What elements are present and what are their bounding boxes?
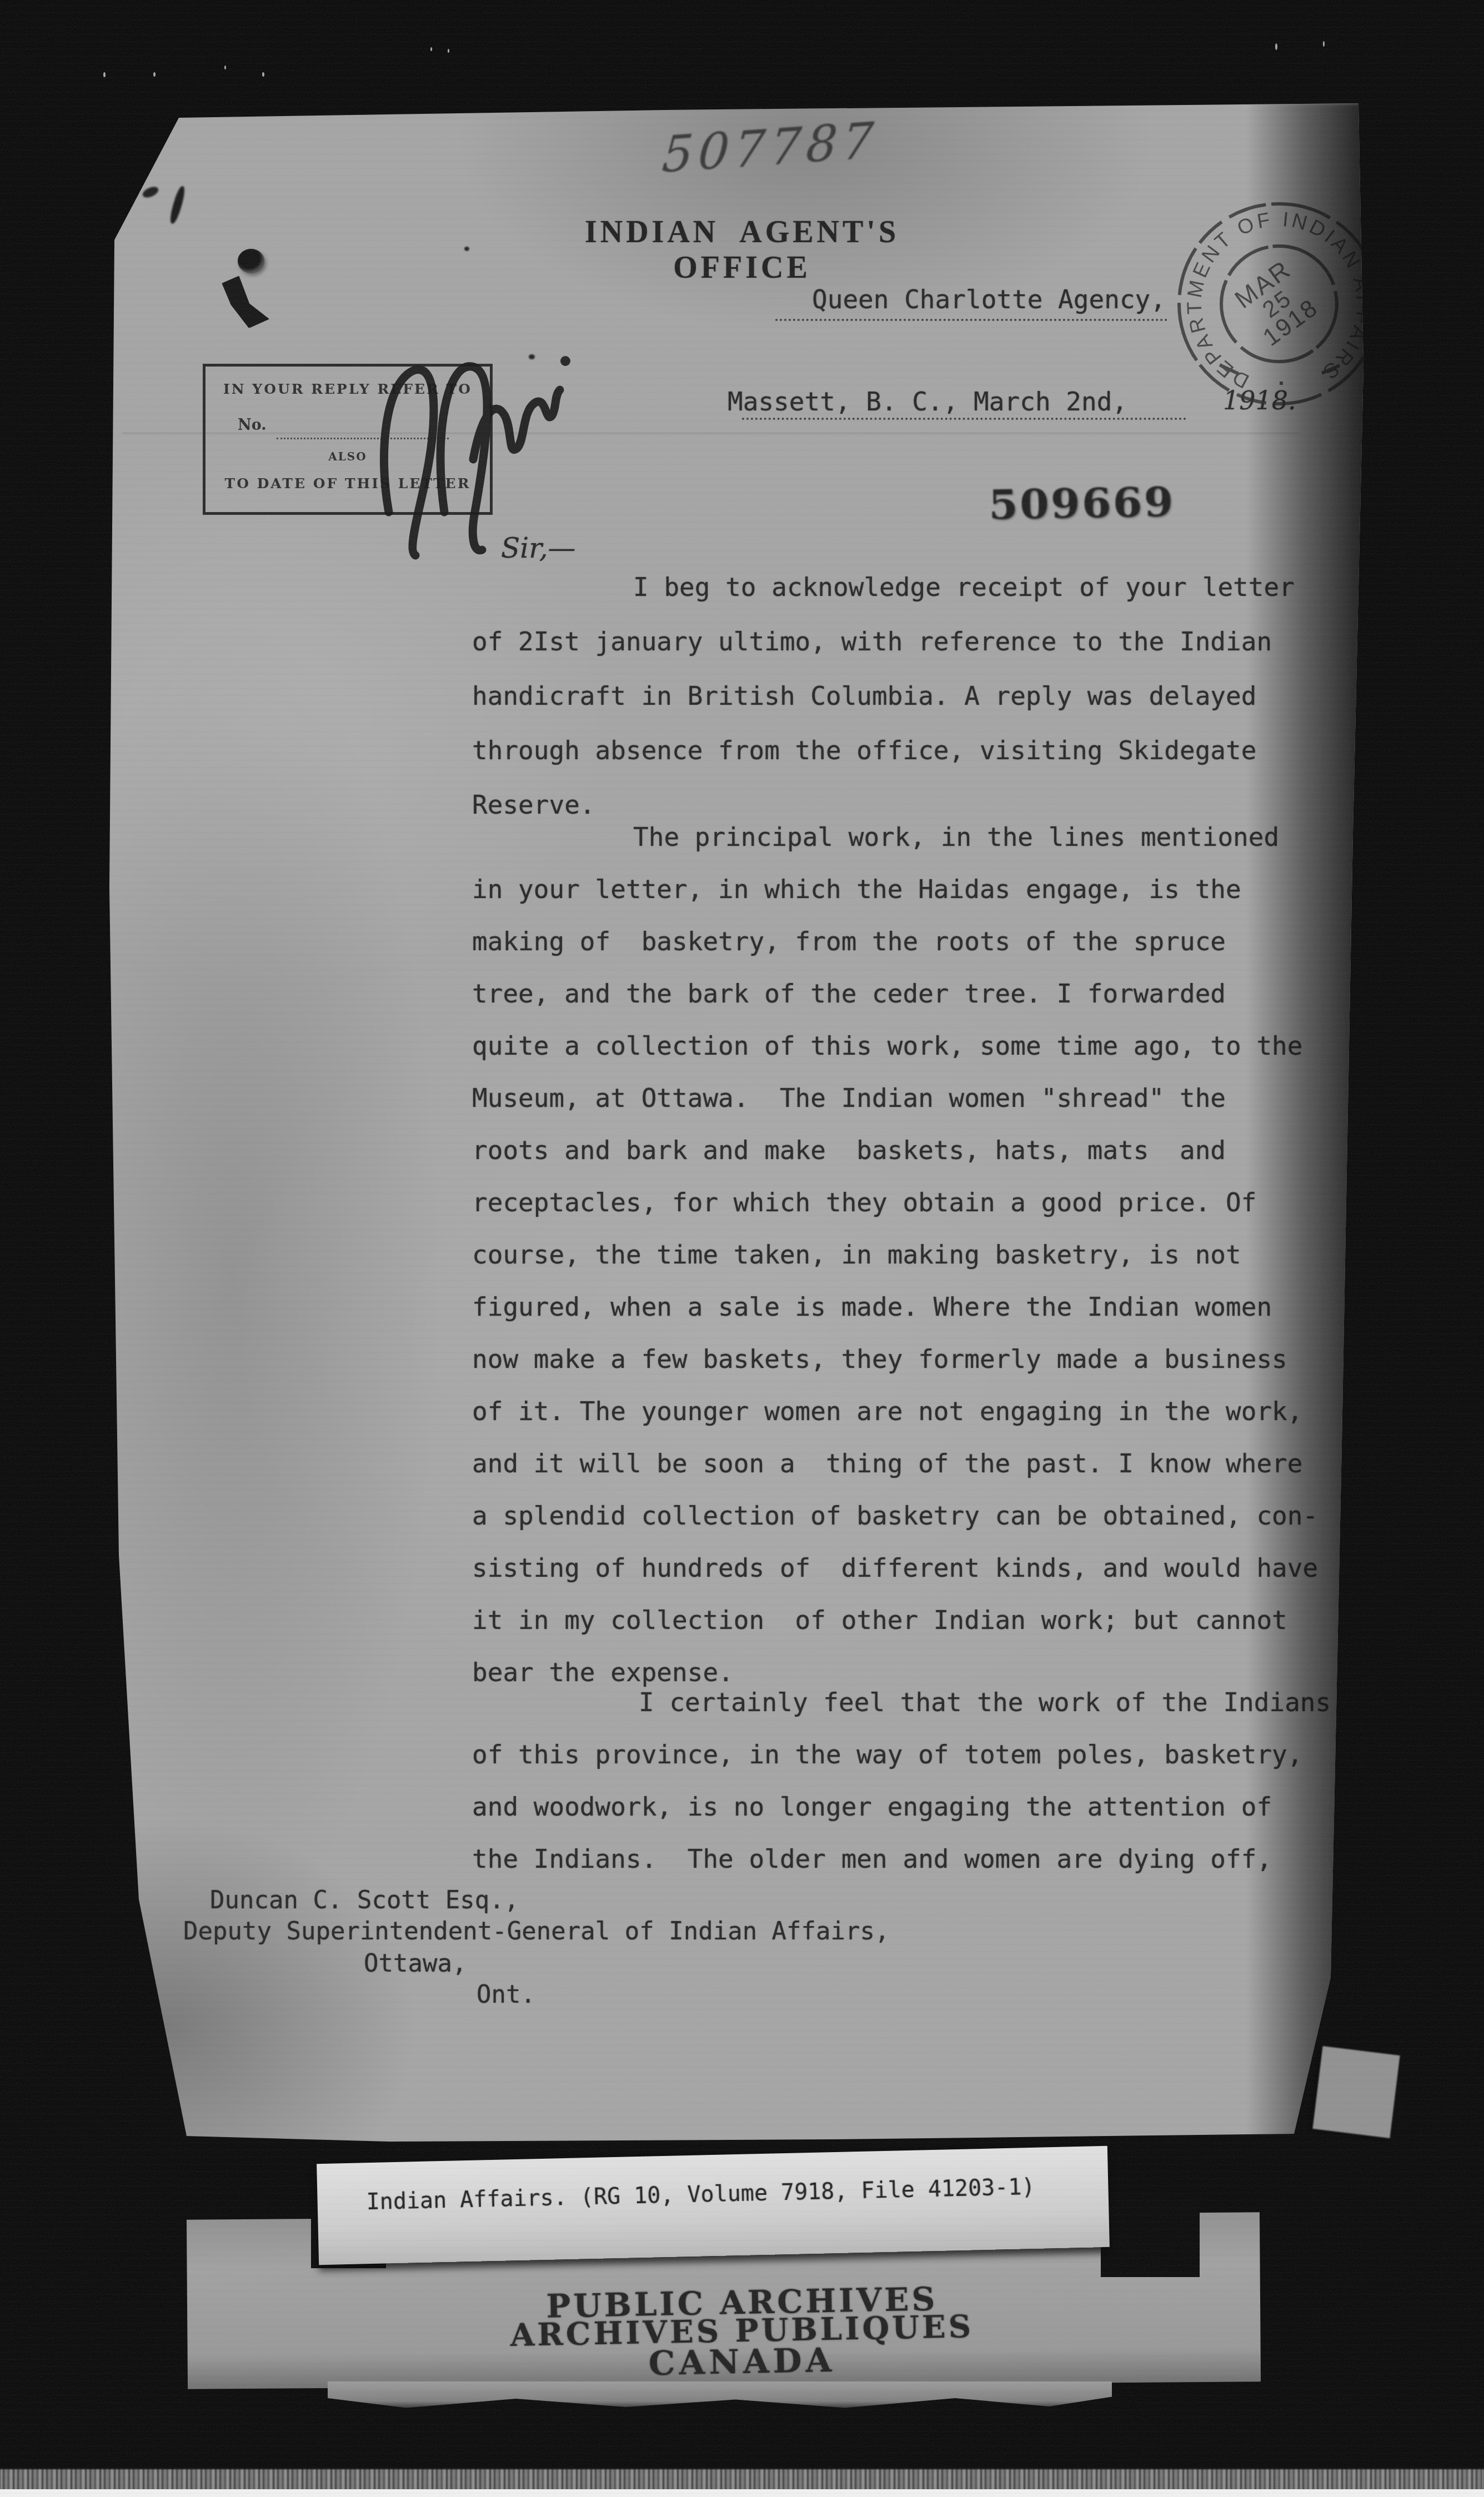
fold-crease — [77, 116, 141, 239]
date-rule — [742, 418, 1186, 420]
letter-line: in your letter, in which the Haidas enga… — [472, 874, 1241, 904]
letter-page: 507787 INDIAN AGENT'S OFFICE Queen Charl… — [0, 0, 1484, 2497]
paper-tear — [168, 185, 187, 224]
letter-line: of this province, in the way of totem po… — [472, 1739, 1303, 1769]
scribble-dot — [560, 356, 570, 366]
film-speck — [448, 49, 449, 53]
ink-speck — [464, 247, 469, 251]
letter-line: of it. The younger women are not engagin… — [472, 1396, 1303, 1426]
scanned-page: 507787 INDIAN AGENT'S OFFICE Queen Charl… — [0, 0, 1484, 2497]
addressee-line: Duncan C. Scott Esq., — [210, 1886, 519, 1914]
folded-corner — [109, 111, 182, 244]
film-speck — [430, 47, 432, 51]
letter-line: I certainly feel that the work of the In… — [639, 1687, 1331, 1717]
right-edge-crease — [1247, 103, 1372, 2141]
letter-line: handicraft in British Columbia. A reply … — [472, 681, 1256, 711]
registry-number: 509669 — [988, 478, 1175, 529]
letter-line: sisting of hundreds of different kinds, … — [472, 1553, 1318, 1583]
archives-label: Indian Affairs. (RG 10, Volume 7918, Fil… — [317, 2146, 1110, 2265]
film-edge-streaks — [0, 2469, 1484, 2491]
letter-line: and woodwork, is no longer engaging the … — [472, 1792, 1272, 1822]
agency-rule — [775, 319, 1167, 321]
addressee-line: Ottawa, — [364, 1949, 467, 1978]
letter-line: course, the time taken, in making basket… — [472, 1240, 1241, 1270]
film-speck — [153, 72, 156, 77]
reply-box-no-label: No. — [238, 417, 267, 434]
letter-line: and it will be soon a thing of the past.… — [472, 1448, 1303, 1478]
agency-line: Queen Charlotte Agency, — [812, 284, 1166, 314]
letter-line: making of basketry, from the roots of th… — [472, 926, 1226, 956]
torn-corner-fragment — [1312, 2046, 1400, 2138]
archives-label-text: Indian Affairs. (RG 10, Volume 7918, Fil… — [366, 2174, 1035, 2215]
film-speck — [1323, 41, 1325, 47]
letter-line: of 2Ist january ultimo, with reference t… — [472, 626, 1272, 656]
letter-line: through absence from the office, visitin… — [472, 735, 1256, 765]
office-title: INDIAN AGENT'S OFFICE — [514, 214, 970, 285]
letter-line: Reserve. — [472, 790, 595, 820]
letter-line: now make a few baskets, they formerly ma… — [472, 1344, 1287, 1374]
letter-line: receptacles, for which they obtain a goo… — [472, 1187, 1256, 1217]
letter-line: quite a collection of this work, some ti… — [472, 1031, 1303, 1061]
film-speck — [224, 66, 226, 69]
addressee-line: Ont. — [477, 1980, 535, 2009]
handwritten-number: 507787 — [660, 111, 880, 184]
shadow-notch-right — [1101, 2193, 1200, 2277]
letter-line: it in my collection of other Indian work… — [472, 1605, 1287, 1635]
paper-hole — [141, 185, 160, 200]
film-speck — [103, 72, 106, 77]
letter-line: tree, and the bark of the ceder tree. I … — [472, 979, 1226, 1009]
letter-line: figured, when a sale is made. Where the … — [472, 1292, 1272, 1322]
paper-hole — [238, 249, 264, 273]
letter-line: I beg to acknowledge receipt of your let… — [633, 572, 1295, 602]
film-speck — [262, 72, 264, 77]
salutation: Sir,— — [501, 532, 576, 564]
letter-line: a splendid collection of basketry can be… — [472, 1501, 1318, 1531]
addressee-line: Deputy Superintendent-General of Indian … — [183, 1917, 890, 1946]
place-date-line: Massett, B. C., March 2nd, — [728, 387, 1127, 417]
film-speck — [1275, 43, 1277, 50]
letter-line: The principal work, in the lines mention… — [633, 822, 1279, 852]
paper-tear — [217, 274, 273, 330]
film-edge-white-strip — [0, 2489, 1484, 2497]
letter-line: bear the expense. — [472, 1657, 734, 1687]
letter-line: roots and bark and make baskets, hats, m… — [472, 1135, 1226, 1165]
letter-line: Museum, at Ottawa. The Indian women "shr… — [472, 1083, 1226, 1113]
letter-line: the Indians. The older men and women are… — [472, 1844, 1272, 1874]
